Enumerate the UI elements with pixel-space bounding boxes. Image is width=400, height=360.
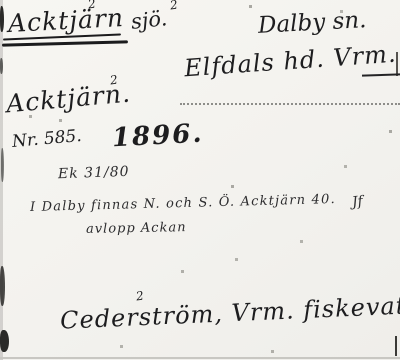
accent-mark: 2 (109, 74, 118, 87)
accent-mark: 2 (135, 290, 144, 303)
accent-mark: 2 (169, 0, 178, 11)
ink-smudge (0, 6, 4, 32)
ink-smudge (0, 266, 5, 306)
map-reference: Ek 31/80 (58, 165, 130, 181)
feature-type-label: sjö. (130, 8, 168, 33)
note-reference-mark: Jf (351, 194, 363, 209)
note-line-2: avlopp Ackan (86, 221, 187, 236)
bottom-scan-edge-line (0, 357, 400, 359)
parish-name: Dalby sn. (257, 9, 367, 38)
heading-underline (2, 40, 128, 46)
archive-card: Acktjärn 2 sjö. 2 Dalby sn. Elfdals hd. … (0, 0, 400, 360)
record-number: Nr. 585. (11, 128, 82, 151)
paper-noise-specks (0, 0, 1, 1)
record-year: 1896. (111, 121, 204, 152)
dotted-rule (180, 103, 400, 105)
right-scan-edge-artifact (395, 336, 397, 356)
lake-name-heading: Acktjärn (7, 5, 124, 36)
ink-smudge (0, 330, 9, 352)
note-line-1: I Dalby finnas N. och S. Ö. Acktjärn 40. (30, 193, 336, 214)
ink-smudge (0, 58, 3, 74)
ink-smudge (1, 148, 4, 182)
baseline-dash (362, 73, 400, 76)
accent-mark: 2 (87, 0, 96, 10)
source-citation: Cederström, Vrm. fiskevatten. (60, 291, 400, 332)
